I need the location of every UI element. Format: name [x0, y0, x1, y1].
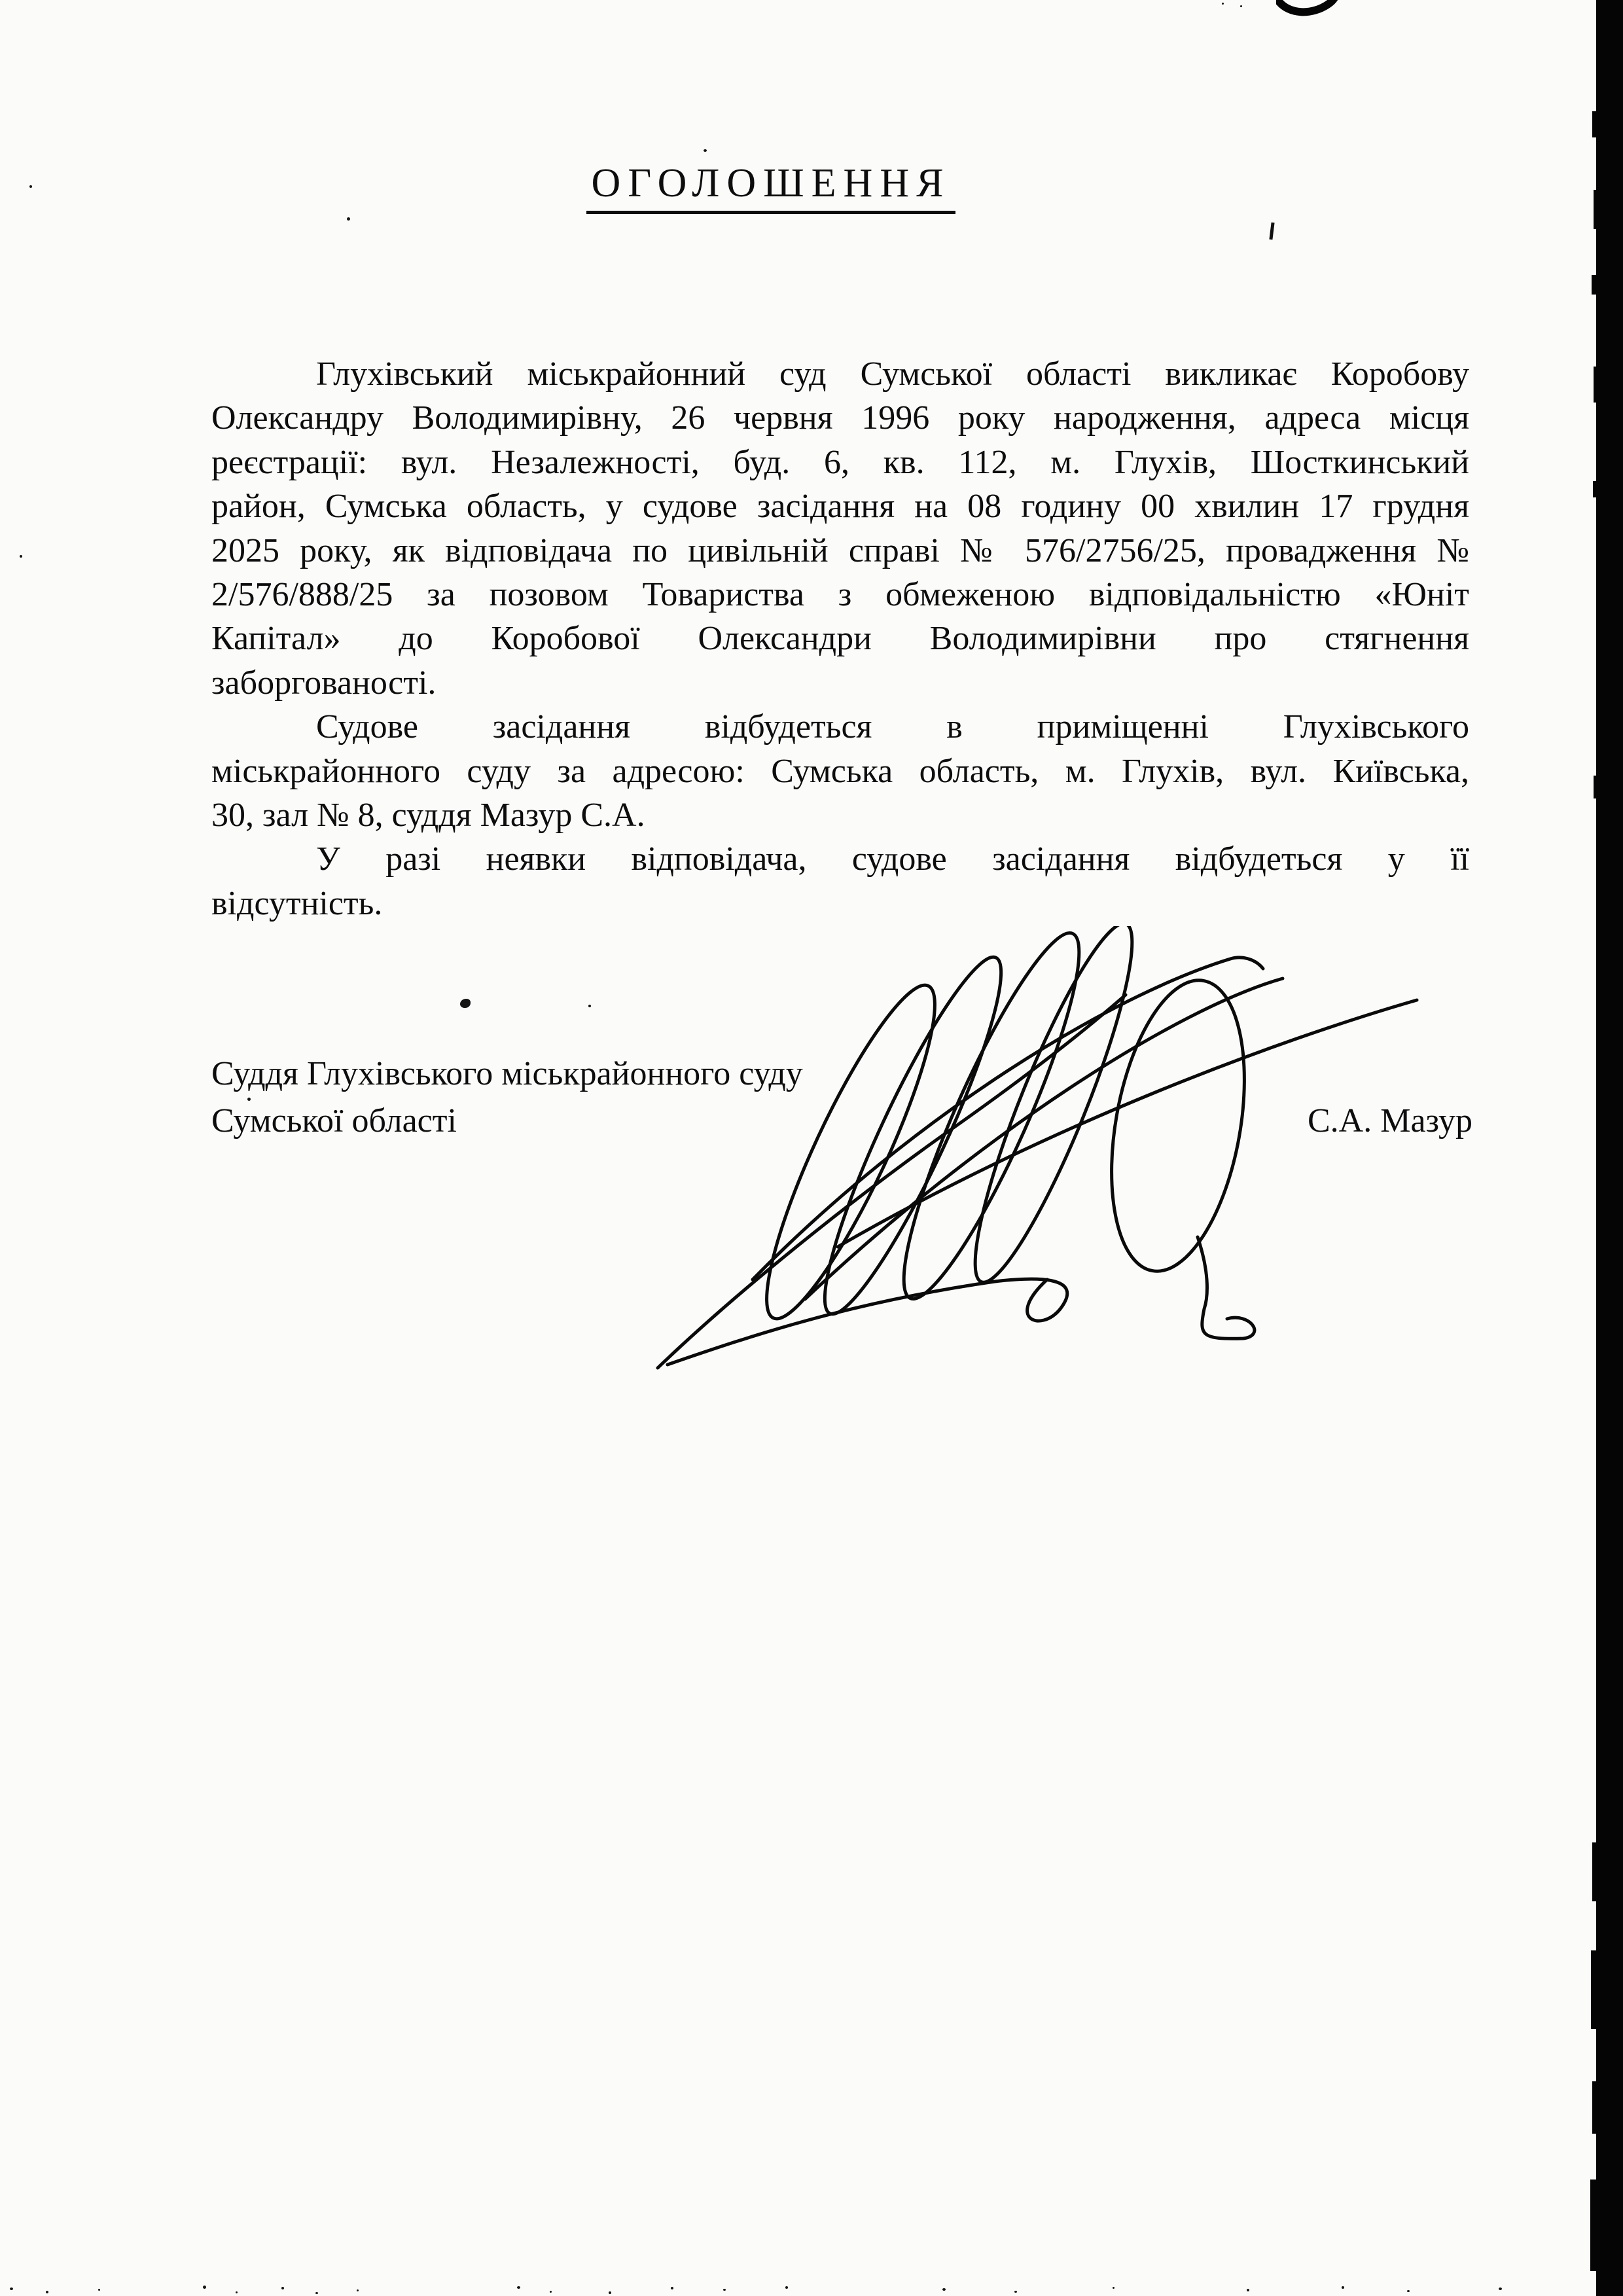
- body-line: Судове засідання відбудеться в приміщенн…: [211, 705, 1469, 749]
- body-line: 2/576/888/25 за позовом Товариства з обм…: [211, 573, 1469, 617]
- scan-noise-dot: [347, 217, 350, 221]
- document-title: ОГОЛОШЕННЯ: [586, 160, 956, 214]
- scan-noise-dot: [1240, 5, 1242, 7]
- body-line: Глухівський міськрайонний суд Сумської о…: [211, 352, 1469, 396]
- scan-noise-dot: [1222, 3, 1224, 5]
- document-body: Глухівський міськрайонний суд Сумської о…: [211, 352, 1469, 925]
- body-line: 30, зал № 8, суддя Мазур С.А.: [211, 793, 1469, 837]
- scan-noise-dot: [704, 149, 707, 152]
- handwritten-signature: [628, 926, 1459, 1391]
- scan-edge-band: [1596, 0, 1623, 2296]
- body-line: Капітал» до Коробової Олександри Володим…: [211, 617, 1469, 660]
- stray-pen-tick: [1269, 223, 1274, 240]
- scan-noise-dot: [29, 185, 32, 188]
- ink-blot: [460, 999, 471, 1008]
- body-line: Олександру Володимирівну, 26 червня 1996…: [211, 396, 1469, 440]
- body-line: відсутність.: [211, 882, 1469, 925]
- scan-noise-dot: [20, 555, 22, 558]
- body-line: міськрайонного суду за адресою: Сумська …: [211, 749, 1469, 793]
- body-line: заборгованості.: [211, 661, 1469, 705]
- scanned-court-announcement-page: ОГОЛОШЕННЯ Глухівський міськрайонний суд…: [0, 0, 1623, 2296]
- pen-scribble-top-icon: [1276, 0, 1342, 17]
- body-line: У разі неявки відповідача, судове засіда…: [211, 837, 1469, 881]
- body-line: район, Сумська область, у судове засідан…: [211, 484, 1469, 528]
- scan-noise-dot: [588, 1005, 591, 1007]
- body-line: 2025 року, як відповідача по цивільній с…: [211, 529, 1469, 573]
- title-row: ОГОЛОШЕННЯ: [211, 160, 1469, 214]
- body-line: реєстрації: вул. Незалежності, буд. 6, к…: [211, 440, 1469, 484]
